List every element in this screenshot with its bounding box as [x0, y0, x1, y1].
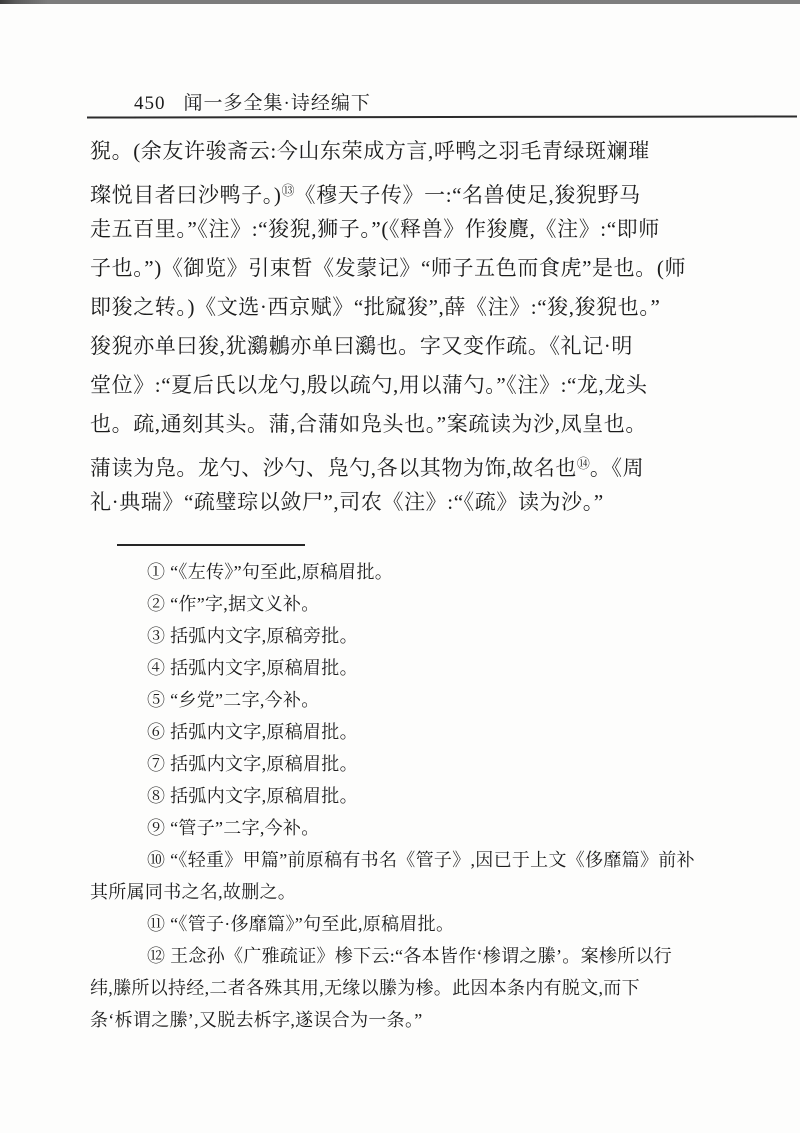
body-line: 也。疏,通刻其头。蒲,合蒲如凫头也。”案疏读为沙,凤皇也。: [90, 405, 715, 444]
footnote-line: ⑥ 括弧内文字,原稿眉批。: [90, 716, 722, 748]
footnote-line: ① “《左传》”句至此,原稿眉批。: [90, 556, 722, 588]
body-text: 猊。(余友许骏斋云:今山东荣成方言,呼鸭之羽毛青绿斑斓璀璨悦目者曰沙鸭子。)⑬《…: [90, 132, 715, 522]
footnote-separator: [117, 544, 305, 546]
footnote-line: ⑨ “管子”二字,今补。: [90, 812, 722, 844]
footnote-reference: ⑬: [282, 183, 295, 198]
page-number: 450: [134, 93, 166, 114]
body-line: 狻猊亦单曰狻,犹鸂鶒亦单曰鸂也。字又变作疏。《礼记·明: [90, 327, 715, 366]
footnotes: ① “《左传》”句至此,原稿眉批。② “作”字,据文义补。③ 括弧内文字,原稿旁…: [90, 556, 722, 1036]
body-line: 走五百里。”《注》:“狻猊,狮子。”(《释兽》作狻麑,《注》:“即师: [90, 210, 715, 249]
footnote-line: ⑫ 王念孙《广雅疏证》椮下云:“各本皆作‘椮谓之縢’。案椮所以行: [90, 940, 722, 972]
body-line: 璨悦目者曰沙鸭子。)⑬《穆天子传》一:“名兽使足,狻猊野马: [90, 171, 715, 210]
footnote-line: ⑧ 括弧内文字,原稿眉批。: [90, 780, 722, 812]
footnote-line: ② “作”字,据文义补。: [90, 588, 722, 620]
book-title: 闻一多全集·诗经编下: [184, 93, 371, 114]
running-header: 450闻一多全集·诗经编下: [134, 88, 371, 115]
body-line: 堂位》:“夏后氏以龙勺,殷以疏勺,用以蒲勺。”《注》:“龙,龙头: [90, 366, 715, 405]
header-rule: [87, 116, 797, 119]
body-line: 子也。”)《御览》引束晳《发蒙记》“师子五色而食虎”是也。(师: [90, 249, 715, 288]
footnote-line: ⑦ 括弧内文字,原稿眉批。: [90, 748, 722, 780]
footnote-line: ⑪ “《管子·侈靡篇》”句至此,原稿眉批。: [90, 908, 722, 940]
footnote-line: 纬,縢所以持经,二者各殊其用,无缘以縢为椮。此因本条内有脱文,而下: [90, 972, 722, 1004]
body-line: 猊。(余友许骏斋云:今山东荣成方言,呼鸭之羽毛青绿斑斓璀: [90, 132, 715, 171]
footnote-line: ⑤ “乡党”二字,今补。: [90, 684, 722, 716]
footnote-line: ④ 括弧内文字,原稿眉批。: [90, 652, 722, 684]
body-line: 礼·典瑞》“疏璧琮以敛尸”,司农《注》:“《疏》读为沙。”: [90, 483, 715, 522]
footnote-line: 其所属同书之名,故删之。: [90, 876, 722, 908]
footnote-line: ③ 括弧内文字,原稿旁批。: [90, 620, 722, 652]
body-line: 即狻之转。)《文选·西京赋》“批窳狻”,薛《注》:“狻,狻猊也。”: [90, 288, 715, 327]
body-line: 蒲读为凫。龙勺、沙勺、凫勺,各以其物为饰,故名也⑭。《周: [90, 444, 715, 483]
footnote-line: ⑩ “《轻重》甲篇”前原稿有书名《管子》,因已于上文《侈靡篇》前补: [90, 844, 722, 876]
footnote-reference: ⑭: [577, 456, 590, 471]
footnote-line: 条‘柝谓之縢’,又脱去柝字,遂误合为一条。”: [90, 1004, 722, 1036]
scanned-book-page: { "page": { "page_number": "450", "book_…: [0, 0, 800, 1133]
scan-edge-artifact: [0, 0, 800, 4]
